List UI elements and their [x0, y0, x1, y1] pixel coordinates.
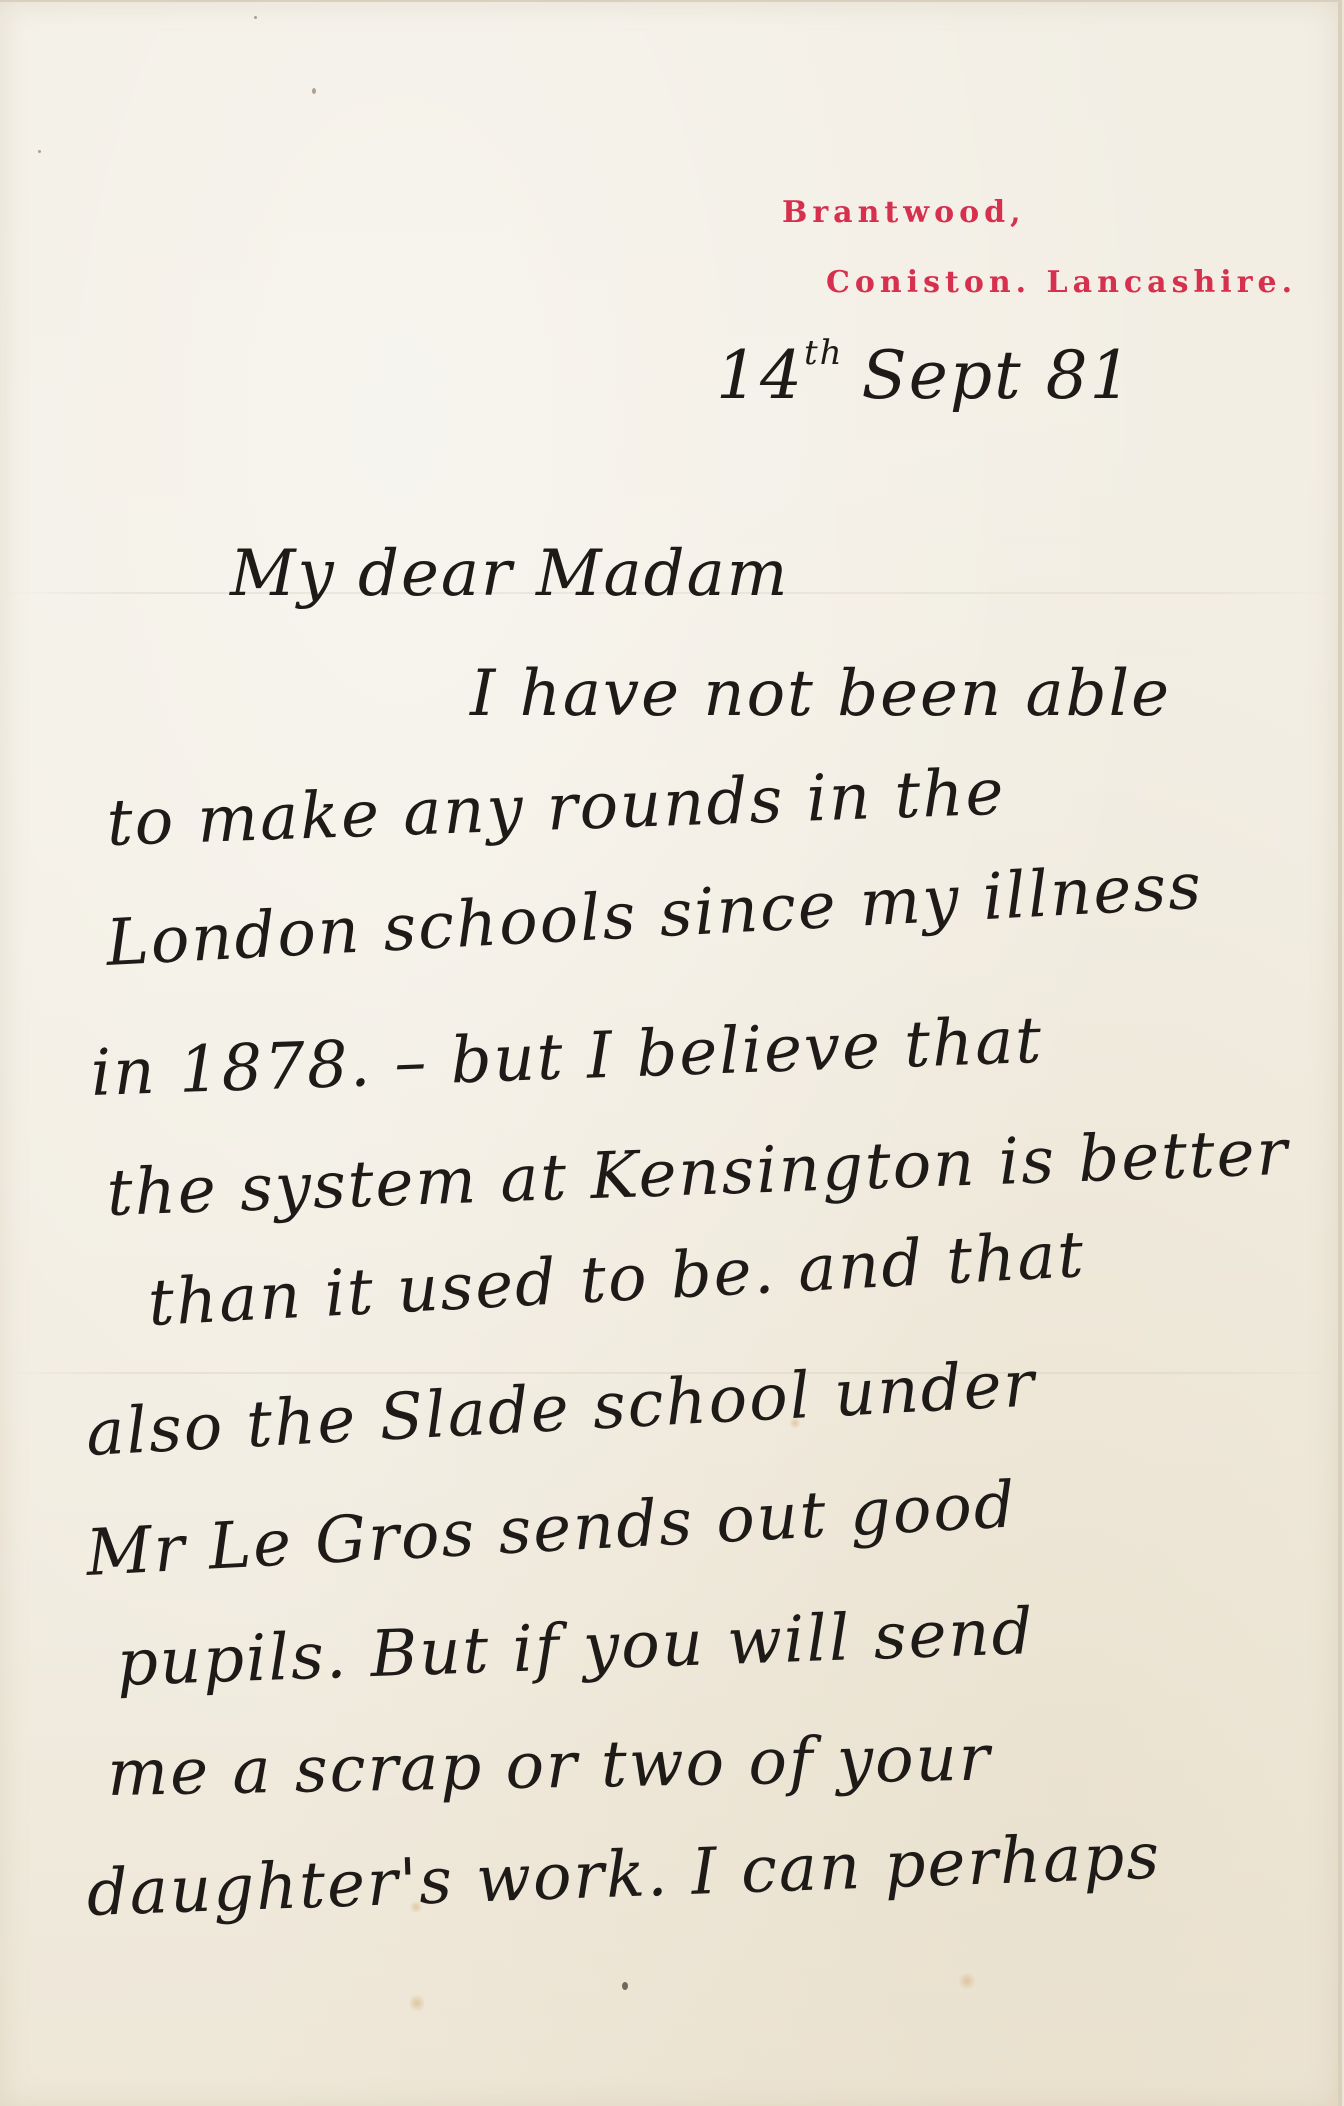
body-line: to make any rounds in the — [106, 761, 1007, 856]
date-month-year: Sept 81 — [862, 337, 1134, 414]
paper-speck — [254, 16, 257, 19]
body-line: London schools since my illness — [105, 855, 1205, 976]
letter-date: 14thSept 81 — [716, 336, 1134, 409]
body-line: daughter's work. I can perhaps — [86, 1825, 1162, 1926]
body-line: the system at Kensington is better — [106, 1121, 1290, 1226]
body-line: I have not been able — [470, 662, 1171, 726]
body-line: than it used to be. and that — [147, 1223, 1087, 1336]
body-line: pupils. But if you will send — [116, 1600, 1036, 1696]
paper-speck — [312, 88, 316, 94]
foxing-stain — [958, 1972, 976, 1990]
foxing-stain — [790, 1416, 800, 1430]
letter-page: Brantwood, Coniston. Lancashire. 14thSep… — [0, 0, 1342, 2106]
body-line: in 1878. – but I believe that — [90, 1009, 1044, 1106]
foxing-stain — [410, 1900, 422, 1914]
body-line: me a scrap or two of your — [107, 1727, 992, 1806]
salutation: My dear Madam — [230, 542, 789, 606]
body-line: also the Slade school under — [85, 1352, 1038, 1466]
body-line: Mr Le Gros sends out good — [85, 1473, 1019, 1586]
letterhead-house-name: Brantwood, — [782, 198, 1026, 228]
date-day: 14 — [716, 337, 804, 414]
letterhead-address: Coniston. Lancashire. — [826, 268, 1297, 298]
date-suffix: th — [804, 333, 844, 373]
foxing-stain — [410, 1992, 424, 2014]
paper-speck — [622, 1982, 628, 1990]
paper-speck — [38, 150, 41, 153]
